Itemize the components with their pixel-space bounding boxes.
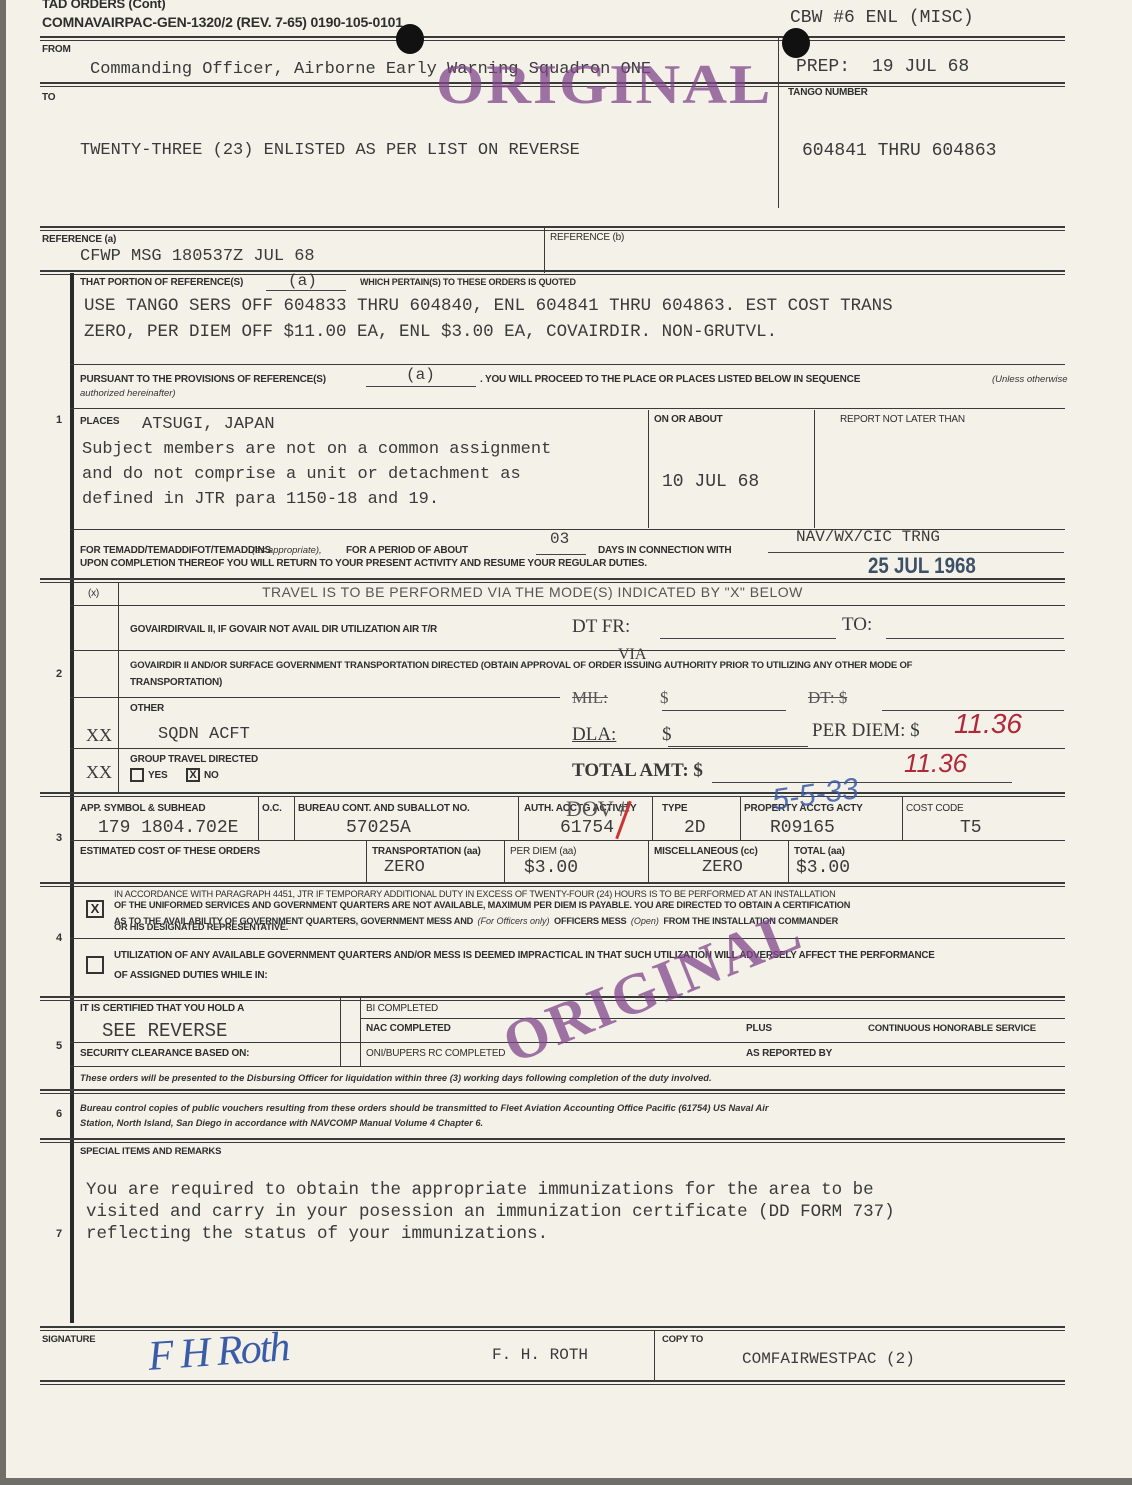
total-cost-value: $3.00 [796,858,850,878]
quarters-impractical-checkbox[interactable] [86,956,104,974]
clearance-value: SEE REVERSE [102,1020,227,1042]
tango-number: 604841 THRU 604863 [802,141,996,161]
dla-label: DLA: [572,724,616,746]
bi-completed-label: BI COMPLETED [366,1003,438,1014]
para-4451-line-1: IN ACCORDANCE WITH PARAGRAPH 4451, JTR I… [114,889,836,899]
divider [778,38,779,208]
places-note-2: and do not comprise a unit or detachment… [82,465,521,484]
misc-cost-label: MISCELLANEOUS (cc) [654,846,758,857]
divider [40,270,1065,275]
connection-value: NAV/WX/CIC TRNG [796,528,940,546]
places-label: PLACES [80,416,119,427]
transportation-cost-value: ZERO [384,858,425,877]
places-value: ATSUGI, JAPAN [142,415,275,434]
places-note-1: Subject members are not on a common assi… [82,440,551,459]
via-label: VIA [618,646,646,664]
plus-label: PLUS [746,1023,772,1034]
mode-mark-4: XX [86,762,112,783]
total-cost-label: TOTAL (aa) [794,846,845,857]
to-value: TWENTY-THREE (23) ENLISTED AS PER LIST O… [80,141,580,160]
group-travel-yes-checkbox[interactable] [130,768,144,782]
mode-govairdir-surface: GOVAIRDIR II AND/OR SURFACE GOVERNMENT T… [130,660,912,671]
estimated-cost-label: ESTIMATED COST OF THESE ORDERS [80,846,260,857]
voucher-note-2: Station, North Island, San Diego in acco… [80,1118,483,1128]
other-value: SQDN ACFT [158,725,250,744]
file-reference: CBW #6 ENL (MISC) [790,8,974,28]
portion-value: (a) [288,272,317,290]
dt-amount-label: DT: $ [808,688,847,708]
punch-hole-left [396,24,424,54]
liquidation-note: These orders will be presented to the Di… [80,1073,712,1083]
quarters-certification-checkbox[interactable]: X [86,900,104,918]
tango-label: TANGO NUMBER [788,87,868,98]
transportation-cost-label: TRANSPORTATION (aa) [372,846,481,857]
per-diem-cost-value: $3.00 [524,858,578,878]
pursuant-label: PURSUANT TO THE PROVISIONS OF REFERENCE(… [80,374,326,385]
total-amount-handwritten: 11.36 [904,748,967,779]
period-label: FOR TEMADD/TEMADDIFOT/TEMADDINS [80,545,271,556]
voucher-note-1: Bureau control copies of public vouchers… [80,1103,768,1113]
group-travel-label: GROUP TRAVEL DIRECTED [130,754,258,765]
remarks-label: SPECIAL ITEMS AND REMARKS [80,1146,221,1157]
misc-cost-value: ZERO [702,858,743,877]
section-number-6: 6 [56,1108,62,1120]
reference-a-value: CFWP MSG 180537Z JUL 68 [80,247,315,266]
left-margin-bar [70,273,74,1323]
reported-by-label: AS REPORTED BY [746,1048,832,1059]
type-value: 2D [684,818,706,838]
dt-to-field[interactable] [886,638,1064,639]
remarks-line-1: You are required to obtain the appropria… [86,1180,874,1200]
property-acctg-value: R09165 [770,818,835,838]
handwritten-annotation: DOV # [566,796,630,822]
signature-handwritten: F H Roth [146,1323,289,1381]
group-travel-no-checkbox[interactable]: X [186,768,200,782]
oc-label: O.C. [262,803,282,814]
dt-to-label: TO: [842,614,872,636]
received-date-stamp: 25 JUL 1968 [868,553,976,579]
section-number-4: 4 [56,932,62,944]
cost-code-label: COST CODE [906,803,963,814]
per-diem-handwritten: 11.36 [954,708,1022,740]
continuous-service-label: CONTINUOUS HONORABLE SERVICE [868,1023,1036,1034]
section-number-2: 2 [56,668,62,680]
reference-b-label: REFERENCE (b) [550,232,624,243]
section-number-7: 7 [56,1228,62,1240]
mode-mark-3: XX [86,725,112,746]
signature-label: SIGNATURE [42,1334,95,1345]
travel-mode-header: TRAVEL IS TO BE PERFORMED VIA THE MODE(S… [262,584,803,600]
oni-bupers-label: ONI/BUPERS RC COMPLETED [366,1048,505,1059]
per-diem-label: PER DIEM: $ [812,720,920,742]
other-label: OTHER [130,703,164,714]
portion-label-2: WHICH PERTAIN(S) TO THESE ORDERS IS QUOT… [360,277,576,287]
certified-label: IT IS CERTIFIED THAT YOU HOLD A [80,1003,244,1014]
return-label: UPON COMPLETION THEREOF YOU WILL RETURN … [80,558,647,569]
period-days: 03 [550,530,569,548]
signer-name: F. H. ROTH [492,1346,588,1364]
on-or-about-label: ON OR ABOUT [654,414,723,425]
dla-field[interactable] [668,746,808,747]
section-number-1: 1 [56,414,62,426]
bureau-label: BUREAU CONT. AND SUBALLOT NO. [298,803,470,814]
x-column-header: (x) [88,588,99,599]
clearance-based-label: SECURITY CLEARANCE BASED ON: [80,1048,249,1059]
to-label: TO [42,92,55,103]
total-amount-field[interactable] [712,782,1012,783]
form-number: COMNAVAIRPAC-GEN-1320/2 (REV. 7-65) 0190… [42,14,403,30]
type-label: TYPE [662,803,687,814]
original-stamp-top: ORIGINAL [436,54,772,118]
portion-label: THAT PORTION OF REFERENCE(S) [80,277,243,288]
cost-code-value: T5 [960,818,982,838]
app-symbol-value: 179 1804.702E [98,818,238,838]
mil-field[interactable] [662,710,786,711]
mil-label: MIL: [572,688,608,708]
reference-a-label: REFERENCE (a) [42,234,116,245]
section-number-3: 3 [56,832,62,844]
nac-completed-label: NAC COMPLETED [366,1023,451,1034]
quoted-line-2: ZERO, PER DIEM OFF $11.00 EA, ENL $3.00 … [84,322,777,342]
app-symbol-label: APP. SYMBOL & SUBHEAD [80,803,205,814]
section-number-5: 5 [56,1040,62,1052]
total-amount-label: TOTAL AMT: $ [572,760,703,782]
impractical-line-1: UTILIZATION OF ANY AVAILABLE GOVERNMENT … [114,950,935,961]
report-not-later-label: REPORT NOT LATER THAN [840,414,965,425]
places-note-3: defined in JTR para 1150-18 and 19. [82,490,439,509]
dt-fr-field[interactable] [660,638,836,639]
bureau-value: 57025A [346,818,411,838]
quoted-line-1: USE TANGO SERS OFF 604833 THRU 604840, E… [84,296,893,316]
form-title: TAD ORDERS (Cont) [42,0,165,11]
mode-govairdir-avail: GOVAIRDIRVAIL II, IF GOVAIR NOT AVAIL DI… [130,624,437,635]
remarks-line-3: reflecting the status of your immunizati… [86,1224,548,1244]
copy-to-label: COPY TO [662,1334,703,1345]
prep-label: PREP: [796,57,850,77]
from-label: FROM [42,44,71,55]
copy-to-value: COMFAIRWESTPAC (2) [742,1350,915,1368]
per-diem-cost-label: PER DIEM (aa) [510,846,576,857]
remarks-line-2: visited and carry in your posession an i… [86,1202,895,1222]
divider [544,228,545,273]
dt-fr-label: DT FR: [572,616,630,638]
pursuant-label-2: . YOU WILL PROCEED TO THE PLACE OR PLACE… [480,374,860,385]
divider [40,36,1065,41]
tad-orders-document: TAD ORDERS (Cont) COMNAVAIRPAC-GEN-1320/… [6,0,1132,1478]
punch-hole-right [782,28,810,58]
on-or-about-date: 10 JUL 68 [662,472,759,492]
divider [40,226,1065,231]
prep-date: 19 JUL 68 [872,57,969,77]
pursuant-value: (a) [406,366,435,384]
